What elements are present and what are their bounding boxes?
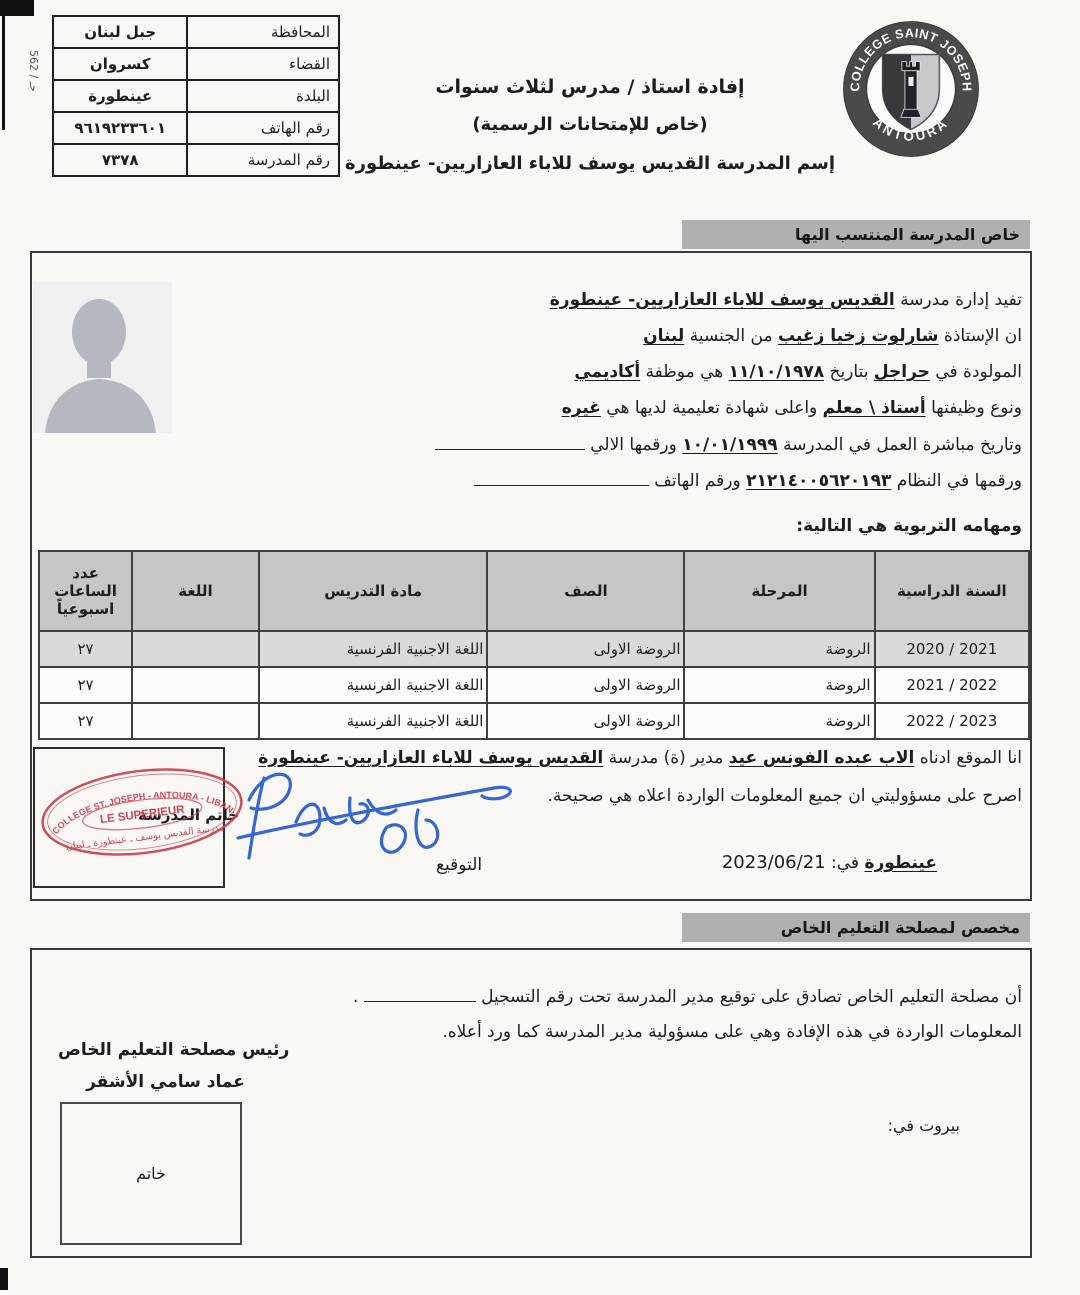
table-row: 2022 / 2023 الروضة الروضة الاولى اللغة ا… <box>39 703 1029 739</box>
ministry-line-2: المعلومات الواردة في هذه الإفادة وهي على… <box>442 1022 1022 1043</box>
table-header-row: السنة الدراسية المرحلة الصف مادة التدريس… <box>39 551 1029 631</box>
cell-stage: الروضة <box>684 667 874 703</box>
text-run: تفيد إدارة مدرسة <box>895 290 1022 310</box>
scan-corner-mark <box>0 0 34 16</box>
paragraph-line-3: المولودة في حراجل بتاريخ ١١/١٠/١٩٧٨ هي م… <box>574 362 1022 383</box>
birthplace-emphasis: حراجل <box>874 362 930 382</box>
table-row: رقم الهاتف ٩٦١٩٢٣٣٦٠١ <box>53 112 339 144</box>
info-value-school-number: ٧٣٧٨ <box>53 144 187 176</box>
scan-edge-line <box>2 0 5 130</box>
paragraph-line-1: تفيد إدارة مدرسة القديس يوسف للاباء العا… <box>550 290 1022 311</box>
info-label-school-number: رقم المدرسة <box>187 144 339 176</box>
school-name-emphasis: القديس يوسف للاباء العازاريين- عينطورة <box>550 290 895 310</box>
chief-title: رئيس مصلحة التعليم الخاص <box>58 1040 273 1060</box>
cell-grade: الروضة الاولى <box>487 631 684 667</box>
cell-subject: اللغة الاجنبية الفرنسية <box>259 631 488 667</box>
cell-hours: ٢٧ <box>39 703 132 739</box>
section-header-school: خاص المدرسة المنتسب اليها <box>682 220 1030 249</box>
nationality-emphasis: لبنان <box>643 326 684 346</box>
table-row: 2021 / 2022 الروضة الروضة الاولى اللغة ا… <box>39 667 1029 703</box>
table-row: 2020 / 2021 الروضة الروضة الاولى اللغة ا… <box>39 631 1029 667</box>
director-signature <box>236 758 536 866</box>
header-subject: مادة التدريس <box>259 551 488 631</box>
margin-reference-note: 562 / جـ <box>27 50 40 92</box>
phone-number-blank <box>474 470 649 486</box>
cell-stage: الروضة <box>684 631 874 667</box>
degree-emphasis: غيره <box>562 398 601 418</box>
title-line-2: (خاص للإمتحانات الرسمية) <box>360 114 820 135</box>
text-run: واعلى شهادة تعليمية لديها هي <box>601 398 823 418</box>
date-place-emphasis: عينطورة <box>864 853 937 873</box>
table-row: البلدة عينطورة <box>53 80 339 112</box>
text-run: ورقم الهاتف <box>649 471 746 491</box>
info-label-town: البلدة <box>187 80 339 112</box>
title-line-3: إسم المدرسة القديس يوسف للاباء العازاريي… <box>340 153 840 174</box>
year-value: 2022 / 2023 <box>906 712 997 730</box>
declaration-line-2: اصرح على مسؤوليتي ان جميع المعلومات الوا… <box>548 786 1023 807</box>
info-value-phone: ٩٦١٩٢٣٣٦٠١ <box>53 112 187 144</box>
text-run: ونوع وظيفتها <box>926 398 1022 418</box>
header-language: اللغة <box>132 551 259 631</box>
school-logo-seal-icon: COLLEGE SAINT JOSEPH ANTOURA <box>838 16 984 162</box>
tasks-heading: ومهامه التربوية هي التالية: <box>796 516 1022 537</box>
cell-grade: الروضة الاولى <box>487 667 684 703</box>
year-value: 2020 / 2021 <box>906 640 997 658</box>
table-row: رقم المدرسة ٧٣٧٨ <box>53 144 339 176</box>
text-run: وتاريخ مباشرة العمل في المدرسة <box>778 435 1022 455</box>
text-run: المولودة في <box>930 362 1022 382</box>
info-value-governorate: جبل لبنان <box>53 16 187 48</box>
ministry-line-1: أن مصلحة التعليم الخاص تصادق على توقيع م… <box>353 986 1022 1008</box>
paragraph-line-4: ونوع وظيفتها أستاذ \ معلم واعلى شهادة تع… <box>562 398 1022 419</box>
year-value: 2021 / 2022 <box>906 676 997 694</box>
cell-language <box>132 631 259 667</box>
info-value-district: كسروان <box>53 48 187 80</box>
header-stage: المرحلة <box>684 551 874 631</box>
cell-hours: ٢٧ <box>39 631 132 667</box>
school-name-line: إسم المدرسة القديس يوسف للاباء العازاريي… <box>340 153 840 174</box>
text-run: أن مصلحة التعليم الخاص تصادق على توقيع م… <box>481 987 1022 1007</box>
admin-info-table: المحافظة جبل لبنان القضاء كسروان البلدة … <box>52 15 340 177</box>
info-value-town: عينطورة <box>53 80 187 112</box>
cell-language <box>132 703 259 739</box>
section-header-ministry: مخصص لمصلحة التعليم الخاص <box>682 913 1030 942</box>
info-label-district: القضاء <box>187 48 339 80</box>
text-run: انا الموقع ادناه <box>914 748 1022 768</box>
cell-year: 2022 / 2023 <box>875 703 1029 739</box>
beirut-date-line: بيروت في: <box>888 1116 960 1136</box>
text-run: ان الإستاذة <box>939 326 1022 346</box>
table-row: القضاء كسروان <box>53 48 339 80</box>
text-run: ورقمها الالي <box>585 435 682 455</box>
job-type-emphasis: أكاديمي <box>574 362 640 382</box>
ministry-stamp-placeholder: خاتم <box>136 1164 166 1183</box>
text-run: مدير (ة) مدرسة <box>603 748 729 768</box>
paragraph-line-2: ان الإستاذة شارلوت زخيا زغيب من الجنسية … <box>643 326 1022 347</box>
info-label-phone: رقم الهاتف <box>187 112 339 144</box>
auto-number-blank <box>435 434 585 450</box>
text-run: بتاريخ <box>824 362 874 382</box>
assignments-table: السنة الدراسية المرحلة الصف مادة التدريس… <box>38 550 1030 740</box>
cell-subject: اللغة الاجنبية الفرنسية <box>259 703 488 739</box>
teacher-name-emphasis: شارلوت زخيا زغيب <box>778 326 939 346</box>
info-label-governorate: المحافظة <box>187 16 339 48</box>
title-line-1: إفادة استاذ / مدرس لثلاث سنوات <box>360 76 820 98</box>
chief-name: عماد سامي الأشقر <box>58 1072 273 1092</box>
registration-number-blank <box>364 986 476 1002</box>
cell-hours: ٢٧ <box>39 667 132 703</box>
date-value: 2023/06/21 <box>722 852 826 875</box>
person-silhouette-icon <box>33 282 172 433</box>
system-number-emphasis: ٢١٢١٤٠٠٥٦٢٠١٩٣ <box>746 471 891 491</box>
scan-bottom-mark <box>0 1268 8 1290</box>
teacher-photo-placeholder <box>33 282 172 433</box>
text-run: في: <box>826 853 865 873</box>
text-run: من الجنسية <box>684 326 778 346</box>
cell-subject: اللغة الاجنبية الفرنسية <box>259 667 488 703</box>
header-weekly-hours: عدد الساعات اسبوعياً <box>39 551 132 631</box>
cell-year: 2021 / 2022 <box>875 667 1029 703</box>
ministry-stamp-box: خاتم <box>60 1102 242 1245</box>
school-logo: COLLEGE SAINT JOSEPH ANTOURA <box>838 16 984 162</box>
position-emphasis: أستاذ \ معلم <box>823 398 926 418</box>
text-run: ورقمها في النظام <box>891 471 1022 491</box>
director-name-emphasis: الاب عبده الفونس عيد <box>729 748 915 768</box>
paragraph-line-6: ورقمها في النظام ٢١٢١٤٠٠٥٦٢٠١٩٣ ورقم اله… <box>474 470 1022 492</box>
birthdate-emphasis: ١١/١٠/١٩٧٨ <box>729 362 824 382</box>
cell-grade: الروضة الاولى <box>487 703 684 739</box>
scanned-certificate-page: 562 / جـ المحافظة جبل لبنان القضاء كسروا… <box>0 0 1080 1295</box>
paragraph-line-5: وتاريخ مباشرة العمل في المدرسة ١٠/٠١/١٩٩… <box>435 434 1022 456</box>
header-grade: الصف <box>487 551 684 631</box>
table-row: المحافظة جبل لبنان <box>53 16 339 48</box>
cell-stage: الروضة <box>684 703 874 739</box>
text-run: هي موظفة <box>640 362 728 382</box>
cell-year: 2020 / 2021 <box>875 631 1029 667</box>
cell-language <box>132 667 259 703</box>
start-date-emphasis: ١٠/٠١/١٩٩٩ <box>682 435 777 455</box>
header-school-year: السنة الدراسية <box>875 551 1029 631</box>
signature-scribble-icon <box>236 758 536 866</box>
document-subtitle: (خاص للإمتحانات الرسمية) <box>360 114 820 135</box>
date-line: عينطورة في: 2023/06/21 <box>722 852 937 875</box>
document-title: إفادة استاذ / مدرس لثلاث سنوات <box>360 76 820 98</box>
